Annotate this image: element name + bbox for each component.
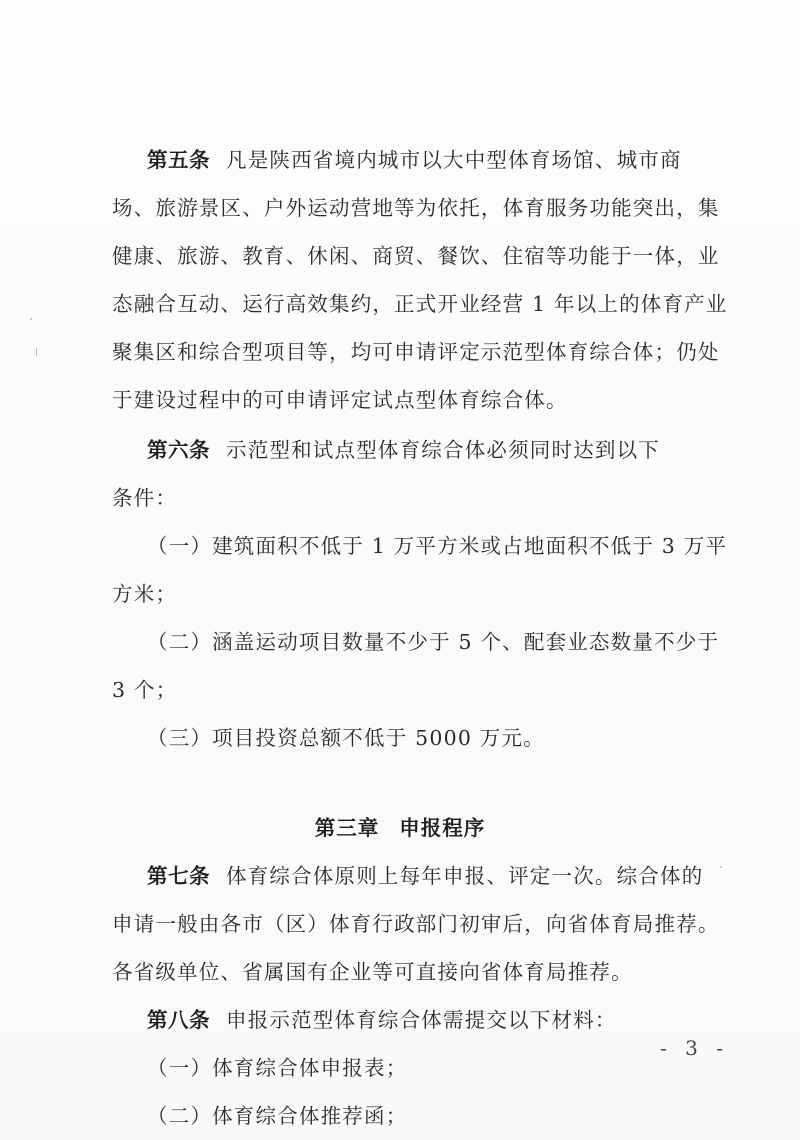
article-7-line-2: 申请一般由各市（区）体育行政部门初审后，向省体育局推荐。 [112, 910, 692, 938]
article-5-line-1: 第五条凡是陕西省境内城市以大中型体育场馆、城市商 [147, 146, 692, 174]
article-6-item-3: （三）项目投资总额不低于 5000 万元。 [147, 724, 692, 752]
article-5-line-2: 场、旅游景区、户外运动营地等为依托，体育服务功能突出，集 [112, 194, 692, 222]
scan-speck [36, 348, 37, 356]
scan-speck [720, 866, 722, 868]
chapter-title: 申报程序 [399, 816, 485, 840]
article-6-item-2-line-1: （二）涵盖运动项目数量不少于 5 个、配套业态数量不少于 [147, 628, 692, 656]
article-6-item-1-line-1: （一）建筑面积不低于 1 万平方米或占地面积不低于 3 万平 [147, 532, 692, 560]
article-6-item-2-line-2: 3 个； [112, 676, 692, 704]
article-5-line-6: 于建设过程中的可申请评定试点型体育综合体。 [112, 386, 692, 414]
article-8-label: 第八条 [147, 1008, 210, 1032]
article-7-label: 第七条 [147, 864, 210, 888]
article-7-line-3: 各省级单位、省属国有企业等可直接向省体育局推荐。 [112, 958, 692, 986]
article-6-label: 第六条 [147, 438, 210, 462]
article-5-line-5: 聚集区和综合型项目等，均可申请评定示范型体育综合体；仍处 [112, 338, 692, 366]
chapter-heading: 第三章申报程序 [0, 814, 800, 842]
article-7-line-1: 第七条体育综合体原则上每年申报、评定一次。综合体的 [147, 862, 692, 890]
article-5-label: 第五条 [147, 148, 210, 172]
scan-speck [30, 318, 32, 320]
article-8-item-1: （一）体育综合体申报表； [147, 1054, 692, 1082]
article-6-item-1-line-2: 方米； [112, 580, 692, 608]
article-8-item-2: （二）体育综合体推荐函； [147, 1102, 692, 1130]
article-6-line-2: 条件： [112, 484, 692, 512]
chapter-number: 第三章 [315, 816, 380, 840]
article-8-line-1: 第八条申报示范型体育综合体需提交以下材料： [147, 1006, 692, 1034]
article-5-line-4: 态融合互动、运行高效集约，正式开业经营 1 年以上的体育产业 [112, 290, 692, 318]
page-number: - 3 - [660, 1036, 729, 1060]
article-5-line-3: 健康、旅游、教育、休闲、商贸、餐饮、住宿等功能于一体，业 [112, 242, 692, 270]
document-page: 第五条凡是陕西省境内城市以大中型体育场馆、城市商 场、旅游景区、户外运动营地等为… [0, 0, 800, 1140]
article-6-line-1: 第六条示范型和试点型体育综合体必须同时达到以下 [147, 436, 692, 464]
